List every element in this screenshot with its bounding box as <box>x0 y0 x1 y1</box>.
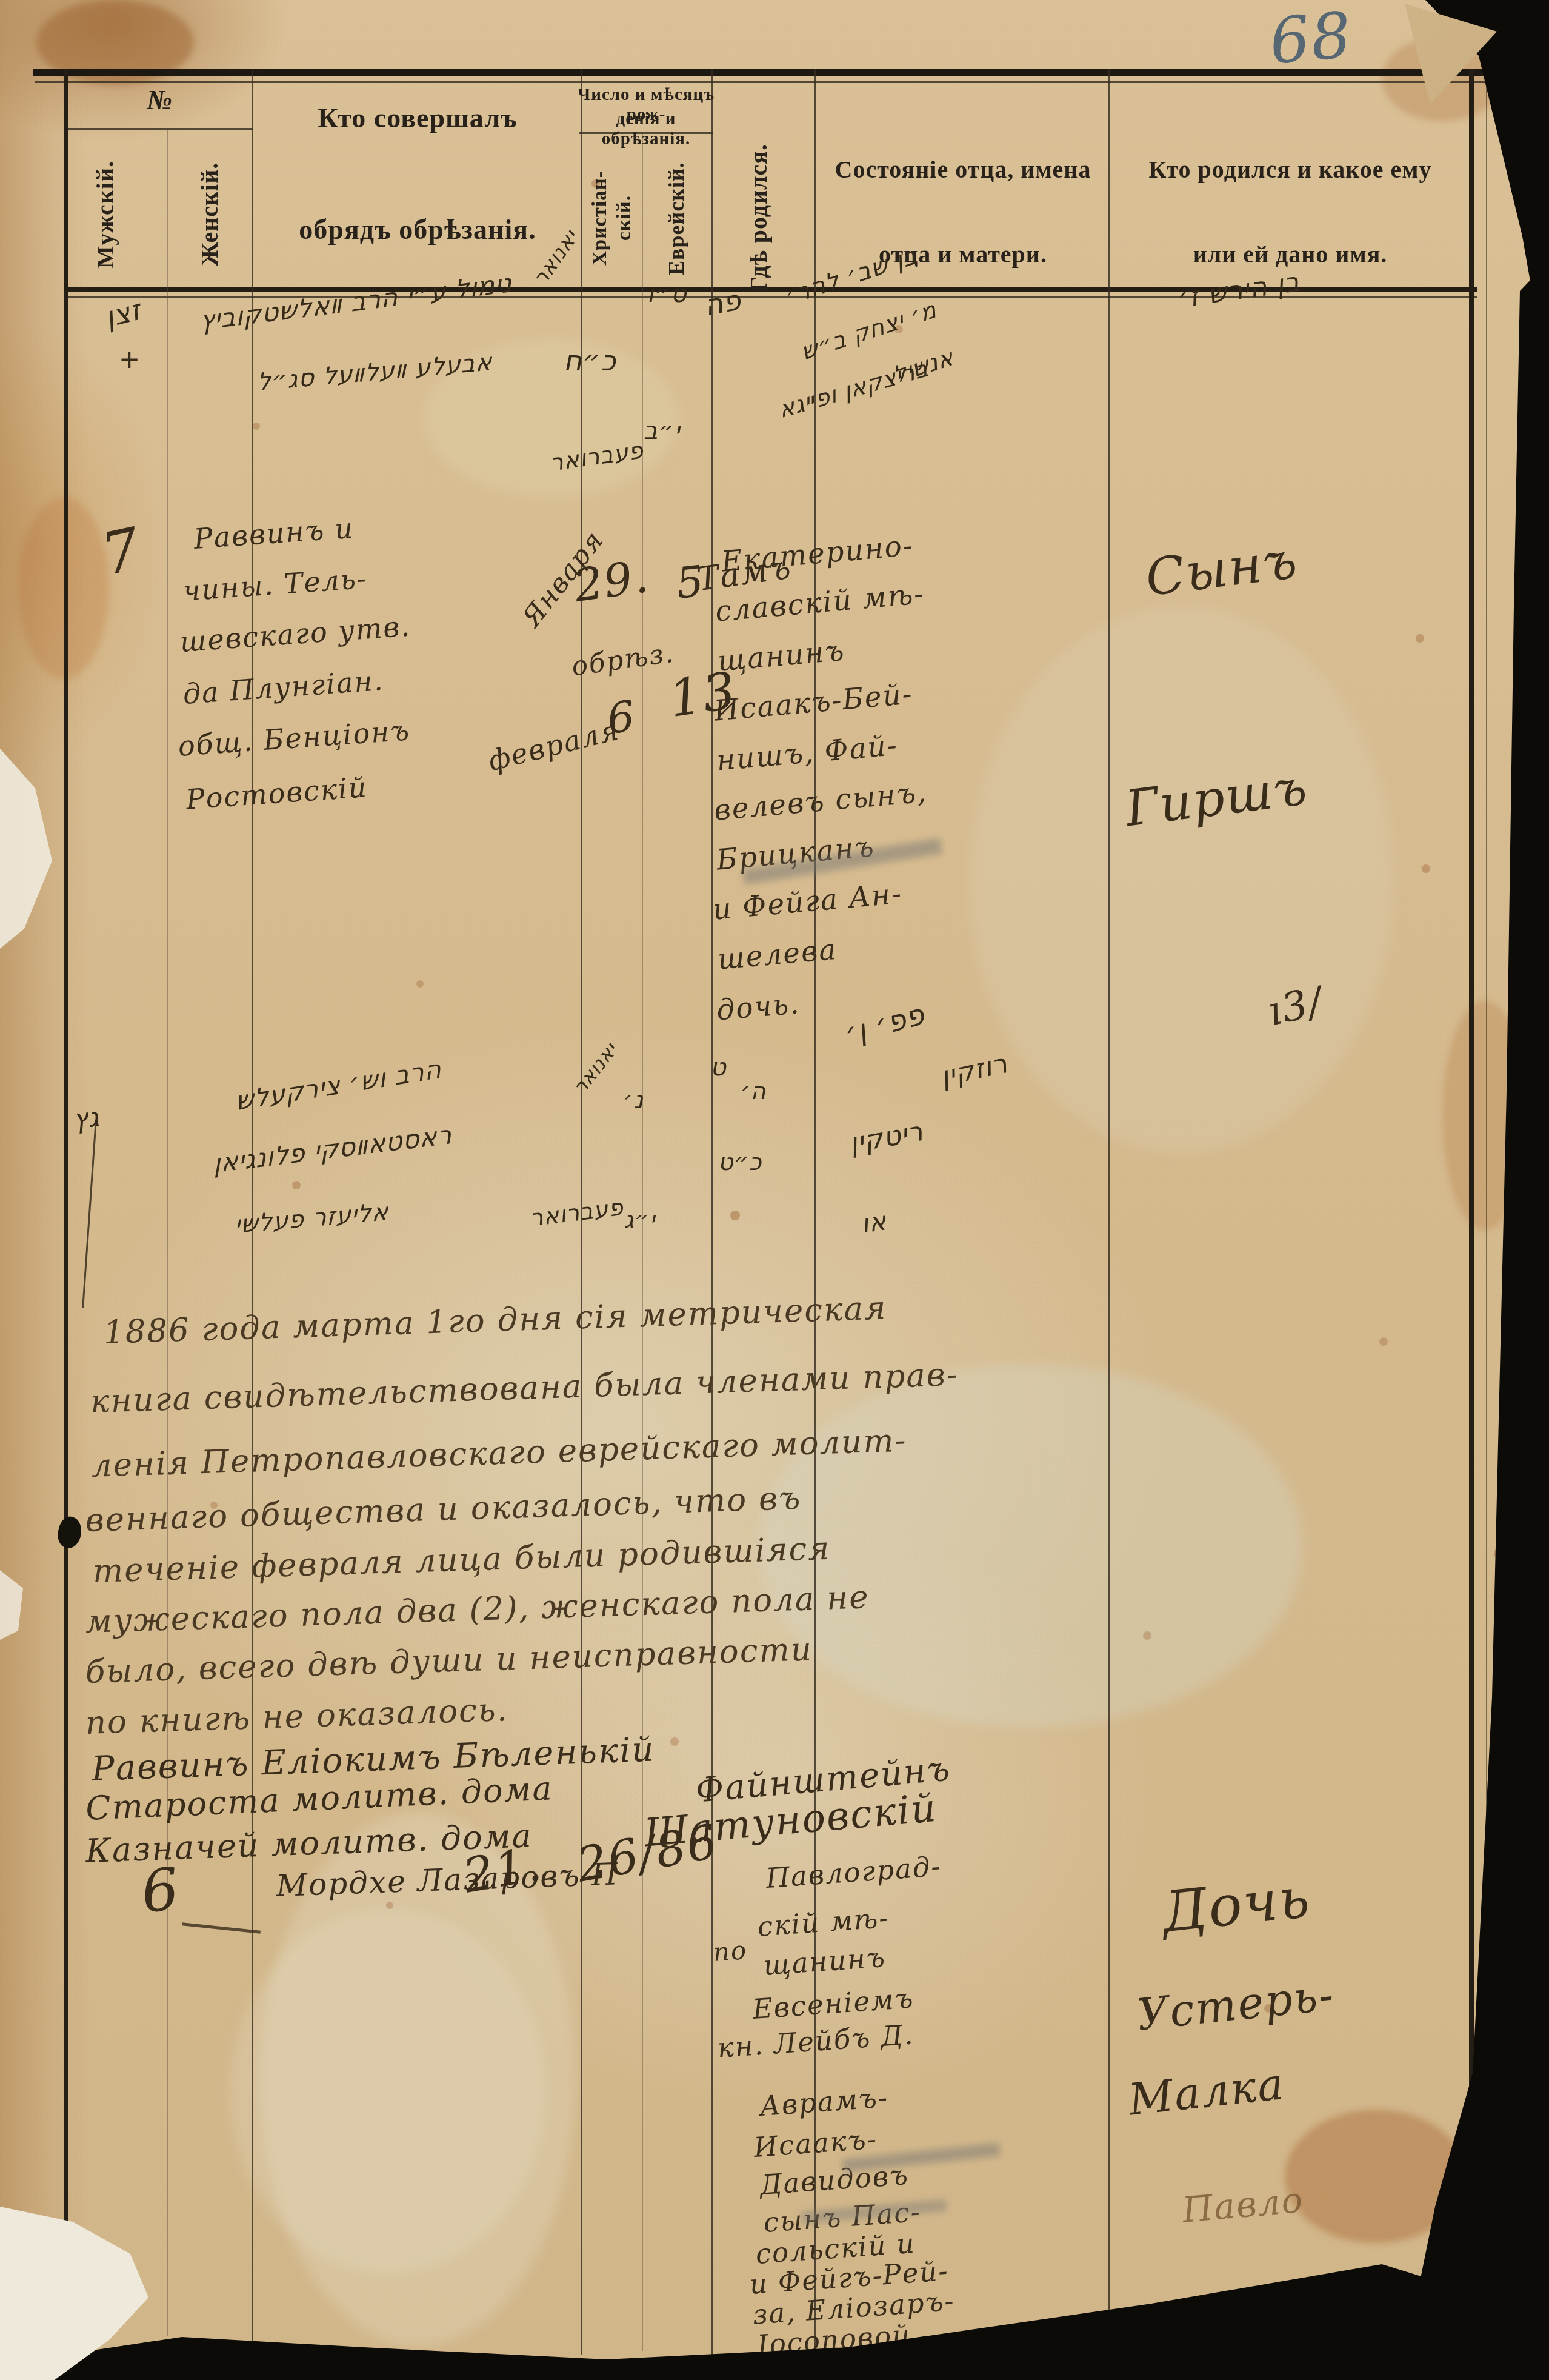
hebrew1-who-line1: נימול ע״י הרב װאלשטקוביץ <box>200 268 513 336</box>
stain <box>758 1364 1303 1728</box>
record7-circumcision-label: обрѣз. <box>570 637 676 682</box>
record7-father-line: нишъ, Фай- <box>715 729 899 778</box>
record6-father-line: по <box>712 1935 748 1967</box>
record6-father-line: Евсеніемъ <box>751 1982 915 2025</box>
col-header-no: № <box>67 84 253 116</box>
hebrew2-father-frag4: רוזקין <box>938 1048 1010 1092</box>
hebrew1-jewish-day2: י״ב <box>644 417 681 445</box>
record7-who-line: Ростовскій <box>185 770 368 816</box>
hebrew2-who-line2: ראסטאװסקי פלונגיאן <box>213 1120 452 1179</box>
col-header-male: Мужскій. <box>91 142 119 287</box>
col-header-father-line1: Состояніе отца, имена <box>818 155 1108 184</box>
hebrew1-february: פעברואר <box>548 436 645 476</box>
hebrew2-christian-day: נ׳ <box>623 1086 644 1114</box>
record6-child-sex: Дочь <box>1159 1865 1313 1945</box>
record6-father-line: скій мѣ- <box>756 1902 890 1943</box>
column-divider-jewish-where <box>711 69 713 2355</box>
hebrew2-february: פעברואר <box>528 1194 625 1232</box>
record7-circumcision-month: февраля <box>485 714 622 778</box>
certification-line: теченіе февраля лица были родившіяся <box>92 1530 831 1590</box>
no-header-underline <box>67 128 253 130</box>
col-header-where: Гдѣ родился. <box>744 141 773 295</box>
hebrew1-name-mark: בן הירש ז׳ <box>1176 267 1302 315</box>
certification-line: мужескаго пола два (2), женскаго пола не <box>85 1579 870 1640</box>
record7-father-line: Екатерино- <box>720 529 915 579</box>
hebrew2-father-frag3: או <box>859 1206 888 1238</box>
hebrew1-margin-cross: + <box>119 344 141 374</box>
right-border-thick <box>1469 69 1474 2215</box>
record7-child-name: Гиршъ <box>1122 758 1311 838</box>
col-header-name-line2: или ей дано имя. <box>1112 240 1468 269</box>
col-header-christian-part1: Христіан- <box>589 153 611 283</box>
hebrew2-margin-mark: גץ <box>72 1101 101 1135</box>
record7-name-hebrew-mark: ı3/ <box>1264 978 1327 1035</box>
hebrew2-father-frag1: פפ׳ ן׳ <box>841 997 928 1051</box>
record6-number-dash <box>182 1922 261 1934</box>
left-torn-edge-tint <box>0 0 91 2380</box>
record7-child-sex: Сынъ <box>1142 530 1301 607</box>
record7-who-line: общ. Бенціонъ <box>177 714 411 763</box>
stain <box>970 606 1394 1152</box>
record6-child-name-part1: Устерь- <box>1134 1969 1337 2041</box>
record7-father-line: шелева <box>716 933 838 977</box>
col-header-female: Женскій. <box>195 141 224 287</box>
col-header-jewish: Еврейскій. <box>664 150 689 287</box>
column-divider-male-female <box>167 129 168 2336</box>
folio-number: 68 <box>1267 0 1355 79</box>
certification-line: по книгѣ не оказалось. <box>85 1691 508 1742</box>
hebrew1-jewish-day: ט״ו <box>647 280 687 308</box>
hebrew2-who-line3: אליעזר פעלשי <box>235 1198 388 1239</box>
left-border <box>64 69 68 2227</box>
record6-father-line: кн. Лейбъ Д. <box>716 2018 915 2064</box>
certification-line: веннаго общества и оказалось, что въ <box>85 1480 802 1539</box>
record7-father-line: дочь. <box>715 987 801 1028</box>
record7-father-line: и Фейга Ан- <box>711 877 904 927</box>
clerk-signature: Мордхе Лазаровъ П <box>276 1856 619 1904</box>
column-divider-father-name <box>1108 69 1110 2355</box>
record7-who-line: шевскаго утв. <box>179 609 411 658</box>
certification-line: 1886 года марта 1го дня сія метрическая <box>103 1289 887 1351</box>
hebrew2-who-line1: הרב וש׳ צירקעלש <box>235 1054 442 1116</box>
certification-line: ленія Петропавловскаго еврейскаго молит- <box>91 1422 907 1485</box>
record6-father-line: Павлоград- <box>765 1850 942 1894</box>
top-border-thick <box>33 69 1488 76</box>
hebrew2-jewish-day2: ה׳ <box>741 1078 767 1105</box>
col-header-christian-part2: скій. <box>613 153 636 283</box>
hebrew2-jewish-day3: כ״ט <box>718 1149 762 1175</box>
record6-pencil-note: Павло <box>1181 2179 1305 2231</box>
record7-who-line: чины. Тель- <box>182 562 368 607</box>
record6-father-line: Аврамъ- <box>759 2081 890 2122</box>
col-header-dates-line2: денія и обрѣзанія. <box>577 109 715 149</box>
column-divider-christian-jewish <box>642 132 643 2351</box>
record7-father-line: велевъ сынъ, <box>713 775 928 827</box>
record7-birth-day-christian: 29. <box>571 550 652 612</box>
hebrew1-who-line2: אבעלע װעלװעל סג״ל <box>257 348 493 396</box>
record7-who-line: да Плунгіан. <box>182 664 385 710</box>
col-header-who-line2: обрядъ обрѣзанія. <box>255 213 581 246</box>
certification-line: было, всего двѣ души и неисправности <box>85 1631 813 1691</box>
record7-father-line: щанинъ <box>716 634 847 678</box>
col-header-who-line1: Кто совершалъ <box>255 102 581 134</box>
metrical-book-scan: № Мужскій. Женскій. Кто совершалъ обрядъ… <box>0 0 1549 2380</box>
record7-father-line: Исаакъ-Бей- <box>713 677 914 727</box>
hebrew2-christian-day2: י״ג <box>624 1206 656 1233</box>
hebrew1-where: פה <box>702 283 744 322</box>
record7-number: 7 <box>96 515 147 589</box>
hebrew2-christian-month: יאנואר <box>568 1038 622 1098</box>
certification-line: книга свидѣтельствована была членами пра… <box>90 1356 959 1420</box>
hebrew1-margin-mark: זצן <box>102 293 144 334</box>
record6-child-name-part2: Малка <box>1126 2058 1287 2125</box>
hebrew1-christian-day: כ״ח <box>564 344 616 377</box>
record7-who-line: Раввинъ и <box>193 512 355 555</box>
hebrew2-jewish-day: ט <box>710 1054 727 1081</box>
record6-father-line: щанинъ <box>762 1941 887 1982</box>
record6-number: 6 <box>138 1854 183 1926</box>
stain <box>230 1910 545 2273</box>
col-header-name-line1: Кто родился и какое ему <box>1112 155 1468 184</box>
hebrew2-father-frag2: ריטקין <box>847 1116 925 1159</box>
record6-birth-day-jewish: 26/86 <box>573 1814 722 1893</box>
